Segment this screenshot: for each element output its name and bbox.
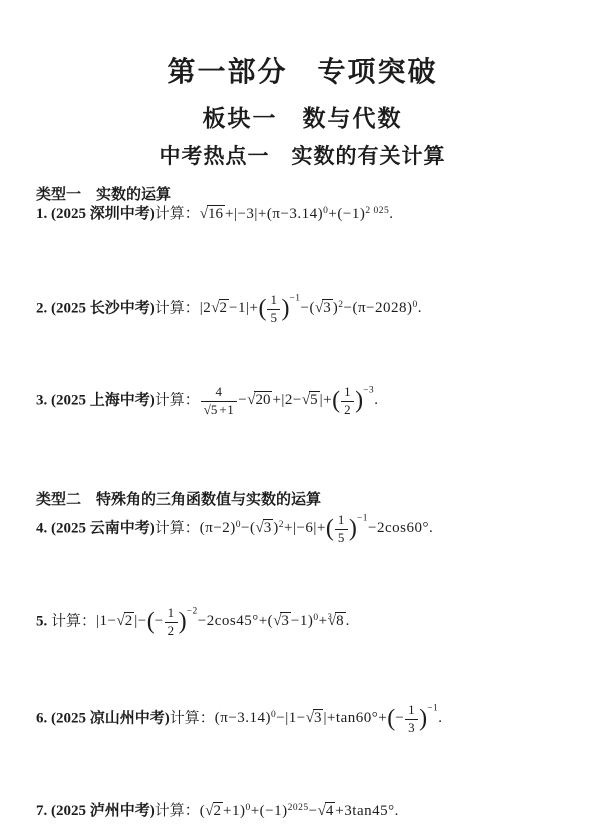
fraction: 13 [405, 702, 418, 736]
radical: 3√8 [328, 613, 346, 629]
problem-prefix: 计算： [155, 392, 200, 408]
radical: √20 [247, 392, 272, 408]
problem-6: 6. (2025 凉山州中考)计算：(π−3.14)0−|1−√3|+tan60… [36, 702, 595, 736]
page-title: 第一部分 专项突破 [0, 50, 605, 90]
fraction: 15 [335, 512, 348, 546]
problem-number: 5. [36, 613, 47, 629]
radical: √3 [273, 613, 291, 629]
radical: √5 [302, 392, 320, 408]
fraction: 4√5+1 [201, 384, 237, 418]
type-heading-1: 类型一 实数的运算 [36, 183, 171, 204]
problem-3: 3. (2025 上海中考)计算：4√5+1−√20+|2−√5|+(12)−3… [36, 384, 595, 418]
problem-formula: |2√2−1|+(15)−1−(√3)2−(π−2028)0. [200, 300, 422, 316]
radical: √3 [256, 520, 274, 536]
problem-number: 6. [36, 710, 47, 726]
section-title: 板块一 数与代数 [0, 100, 605, 133]
problem-number: 4. [36, 520, 47, 536]
problem-formula: 4√5+1−√20+|2−√5|+(12)−3. [200, 392, 379, 408]
problem-7: 7. (2025 泸州中考)计算：(√2+1)0+(−1)2025−√4+3ta… [36, 799, 595, 820]
problem-source: (2025 凉山州中考) [51, 710, 170, 726]
problem-formula: (π−2)0−(√3)2+|−6|+(15)−1−2cos60°. [200, 520, 433, 536]
problem-number: 1. [36, 206, 47, 222]
problem-prefix: 计算： [170, 710, 215, 726]
problem-number: 2. [36, 300, 47, 316]
radical: √5 [204, 402, 220, 417]
problem-source: (2025 云南中考) [51, 520, 155, 536]
problem-prefix: 计算： [155, 300, 200, 316]
radical: √3 [315, 300, 333, 316]
fraction: 12 [165, 605, 178, 639]
problem-formula: (√2+1)0+(−1)2025−√4+3tan45°. [200, 803, 399, 819]
problem-source: (2025 上海中考) [51, 392, 155, 408]
problem-number: 7. [36, 803, 47, 819]
problem-source: (2025 深圳中考) [51, 206, 155, 222]
type-heading-2: 类型二 特殊角的三角函数值与实数的运算 [36, 488, 321, 509]
radical: √3 [306, 710, 324, 726]
problem-prefix: 计算： [155, 520, 200, 536]
problem-prefix: 计算： [155, 206, 200, 222]
problem-prefix: 计算： [51, 613, 96, 629]
problem-1: 1. (2025 深圳中考)计算：√16+|−3|+(π−3.14)0+(−1)… [36, 202, 595, 223]
problem-4: 4. (2025 云南中考)计算：(π−2)0−(√3)2+|−6|+(15)−… [36, 512, 595, 546]
problem-source: (2025 长沙中考) [51, 300, 155, 316]
problem-formula: √16+|−3|+(π−3.14)0+(−1)2 025. [200, 206, 394, 222]
radical: √2 [205, 803, 223, 819]
radical: √16 [200, 206, 225, 222]
problem-2: 2. (2025 长沙中考)计算：|2√2−1|+(15)−1−(√3)2−(π… [36, 292, 595, 326]
radical: √2 [211, 300, 229, 316]
problem-5: 5. 计算：|1−√2|−(−12)−2−2cos45°+(√3−1)0+3√8… [36, 605, 595, 639]
problem-formula: |1−√2|−(−12)−2−2cos45°+(√3−1)0+3√8. [96, 613, 350, 629]
radical: √4 [318, 803, 336, 819]
workbook-page: 第一部分 专项突破 板块一 数与代数 中考热点一 实数的有关计算 类型一 实数的… [0, 0, 605, 839]
problem-formula: (π−3.14)0−|1−√3|+tan60°+(−13)−1. [215, 710, 443, 726]
chapter-title: 中考热点一 实数的有关计算 [0, 140, 605, 170]
problem-source: (2025 泸州中考) [51, 803, 155, 819]
radical: √2 [116, 613, 134, 629]
problem-number: 3. [36, 392, 47, 408]
fraction: 12 [341, 384, 354, 418]
problem-prefix: 计算： [155, 803, 200, 819]
fraction: 15 [267, 292, 280, 326]
